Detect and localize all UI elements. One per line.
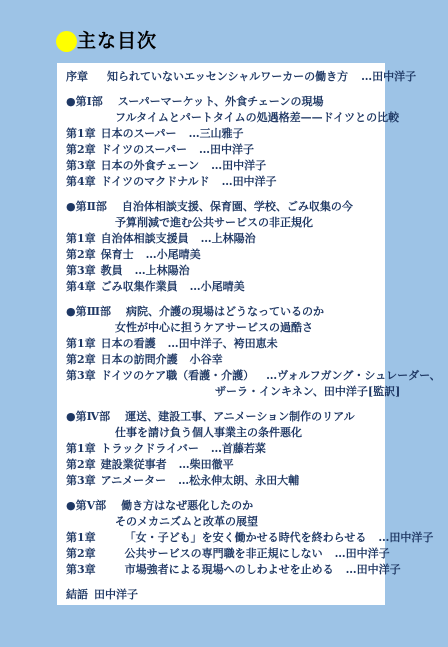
- chapter-author: …田中洋子: [211, 159, 266, 172]
- part-5-section: ●第Ⅴ部働き方はなぜ悪化したのか そのメカニズムと改革の展望 第1章「女・子ども…: [66, 498, 385, 578]
- chapter-title: 教員: [101, 264, 123, 277]
- part-title: 病院、介護の現場はどうなっているのか: [126, 305, 324, 318]
- chapter-title: 日本のスーパー: [101, 127, 177, 140]
- chapter-label: 第2章: [66, 547, 96, 560]
- part-title: 働き方はなぜ悪化したのか: [121, 499, 253, 512]
- part-2-section: ●第Ⅱ部自治体相談支援、保育園、学校、ごみ収集の今 予算削減で進む公共サービスの…: [66, 199, 385, 295]
- chapter-row: 第3章教員…上林陽治: [66, 263, 385, 279]
- part-4-subtitle-row: 仕事を請け負う個人事業主の条件悪化: [66, 425, 385, 441]
- chapter-title: アニメーター: [101, 474, 166, 487]
- page-title-row: 主な目次: [56, 31, 157, 52]
- chapter-label: 第1章: [66, 442, 96, 455]
- preface-author: …田中洋子: [361, 70, 416, 83]
- part-5-heading-row: ●第Ⅴ部働き方はなぜ悪化したのか: [66, 498, 385, 514]
- part-5-subtitle-row: そのメカニズムと改革の展望: [66, 514, 385, 530]
- chapter-author: …小尾晴美: [146, 248, 201, 261]
- chapter-title: トラックドライバー: [101, 442, 199, 455]
- page-title: 主な目次: [77, 31, 157, 52]
- chapter-row: 第2章保育士…小尾晴美: [66, 247, 385, 263]
- chapter-author: …上林陽治: [201, 232, 256, 245]
- part-4-heading-row: ●第Ⅳ部運送、建設工事、アニメーション制作のリアル: [66, 409, 385, 425]
- chapter-row: 第2章公共サービスの専門職を非正規にしない…田中洋子: [66, 546, 385, 562]
- chapter-author: …田中洋子、袴田恵未: [168, 337, 278, 350]
- part-1-section: ●第Ⅰ部スーパーマーケット、外食チェーンの現場 フルタイムとパートタイムの処遇格…: [66, 94, 385, 190]
- part-label: ●第Ⅴ部: [66, 499, 106, 512]
- part-label: ●第Ⅰ部: [66, 95, 103, 108]
- chapter-row: 第2章建設業従事者…柴田徹平: [66, 457, 385, 473]
- chapter-author: …ヴォルフガング・シュレーダー、: [266, 369, 441, 382]
- chapter-label: 第3章: [66, 369, 96, 382]
- closing-label: 結語: [66, 588, 88, 601]
- preface-label: 序章: [66, 70, 88, 83]
- part-title: 運送、建設工事、アニメーション制作のリアル: [125, 410, 355, 423]
- chapter-title: ドイツのスーパー: [101, 143, 187, 156]
- chapter-title: ごみ収集作業員: [101, 280, 178, 293]
- chapter-author: …田中洋子: [378, 531, 433, 544]
- chapter-row: 第3章市場強者による現場へのしわよせを止める…田中洋子: [66, 562, 385, 578]
- chapter-label: 第4章: [66, 280, 96, 293]
- part-3-subtitle-row: 女性が中心に担うケアサービスの過酷さ: [66, 320, 385, 336]
- part-1-heading-row: ●第Ⅰ部スーパーマーケット、外食チェーンの現場: [66, 94, 385, 110]
- chapter-author: …田中洋子: [335, 547, 390, 560]
- chapter-label: 第4章: [66, 175, 96, 188]
- chapter-label: 第1章: [66, 531, 96, 544]
- chapter-title: 日本の看護: [101, 337, 156, 350]
- chapter-row: 第4章ごみ収集作業員…小尾晴美: [66, 279, 385, 295]
- chapter-row: 第1章日本の看護…田中洋子、袴田恵未: [66, 336, 385, 352]
- chapter-label: 第3章: [66, 563, 96, 576]
- part-label: ●第Ⅳ部: [66, 410, 110, 423]
- chapter-label: 第3章: [66, 474, 96, 487]
- chapter-row: 第2章ドイツのスーパー…田中洋子: [66, 142, 385, 158]
- chapter-row: 第1章トラックドライバー…首藤若菜: [66, 441, 385, 457]
- chapter-author: …田中洋子: [346, 563, 401, 576]
- chapter-label: 第2章: [66, 248, 96, 261]
- chapter-title: ドイツのケア職（看護・介護）: [101, 369, 254, 382]
- chapter-author: …田中洋子: [199, 143, 254, 156]
- chapter-title: 日本の訪問介護: [101, 353, 178, 366]
- chapter-title: 「女・子ども」を安く働かせる時代を終わらせる: [125, 531, 367, 544]
- chapter-row: 第3章アニメーター…松永伸太朗、永田大輔: [66, 473, 385, 489]
- chapter-row: 第1章日本のスーパー…三山雅子: [66, 126, 385, 142]
- chapter-author-continuation: ザーラ・インキネン、田中洋子[監訳]: [66, 384, 385, 400]
- chapter-title: 公共サービスの専門職を非正規にしない: [125, 547, 323, 560]
- chapter-row: 第3章日本の外食チェーン…田中洋子: [66, 158, 385, 174]
- chapter-author: 小谷幸: [190, 353, 223, 366]
- part-2-heading-row: ●第Ⅱ部自治体相談支援、保育園、学校、ごみ収集の今: [66, 199, 385, 215]
- part-2-subtitle-row: 予算削減で進む公共サービスの非正規化: [66, 215, 385, 231]
- part-title: スーパーマーケット、外食チェーンの現場: [118, 95, 324, 108]
- chapter-author: …小尾晴美: [190, 280, 245, 293]
- closing-row: 結語田中洋子: [66, 587, 385, 603]
- chapter-label: 第1章: [66, 232, 96, 245]
- part-label: ●第Ⅱ部: [66, 200, 107, 213]
- chapter-author: …田中洋子: [222, 175, 277, 188]
- chapter-author: …松永伸太朗、永田大輔: [178, 474, 299, 487]
- chapter-title: 保育士: [101, 248, 134, 261]
- chapter-label: 第1章: [66, 127, 96, 140]
- chapter-label: 第1章: [66, 337, 96, 350]
- chapter-author: …柴田徹平: [179, 458, 234, 471]
- part-title: 自治体相談支援、保育園、学校、ごみ収集の今: [122, 200, 353, 213]
- chapter-label: 第3章: [66, 264, 96, 277]
- yellow-circle-icon: [56, 31, 77, 52]
- preface-title: 知られていないエッセンシャルワーカーの働き方: [107, 70, 348, 83]
- chapter-row: 第4章ドイツのマクドナルド…田中洋子: [66, 174, 385, 190]
- chapter-row: 第2章日本の訪問介護小谷幸: [66, 352, 385, 368]
- chapter-title: 市場強者による現場へのしわよせを止める: [125, 563, 334, 576]
- chapter-label: 第2章: [66, 143, 96, 156]
- chapter-label: 第3章: [66, 159, 96, 172]
- chapter-title: 日本の外食チェーン: [101, 159, 199, 172]
- chapter-label: 第2章: [66, 353, 96, 366]
- chapter-label: 第2章: [66, 458, 96, 471]
- chapter-author: …上林陽治: [135, 264, 190, 277]
- chapter-title: ドイツのマクドナルド: [101, 175, 210, 188]
- chapter-title: 建設業従事者: [101, 458, 167, 471]
- part-3-heading-row: ●第Ⅲ部病院、介護の現場はどうなっているのか: [66, 304, 385, 320]
- toc-panel: 序章知られていないエッセンシャルワーカーの働き方…田中洋子 ●第Ⅰ部スーパーマー…: [57, 63, 385, 605]
- part-4-section: ●第Ⅳ部運送、建設工事、アニメーション制作のリアル 仕事を請け負う個人事業主の条…: [66, 409, 385, 489]
- chapter-title: 自治体相談支援員: [101, 232, 189, 245]
- chapter-author: …三山雅子: [189, 127, 244, 140]
- part-label: ●第Ⅲ部: [66, 305, 111, 318]
- preface-row: 序章知られていないエッセンシャルワーカーの働き方…田中洋子: [66, 69, 385, 85]
- closing-author: 田中洋子: [94, 588, 138, 601]
- chapter-row: 第1章「女・子ども」を安く働かせる時代を終わらせる…田中洋子: [66, 530, 385, 546]
- part-1-subtitle-row: フルタイムとパートタイムの処遇格差——ドイツとの比較: [66, 110, 385, 126]
- chapter-author: …首藤若菜: [211, 442, 266, 455]
- part-3-section: ●第Ⅲ部病院、介護の現場はどうなっているのか 女性が中心に担うケアサービスの過酷…: [66, 304, 385, 400]
- chapter-row: 第3章ドイツのケア職（看護・介護）…ヴォルフガング・シュレーダー、: [66, 368, 385, 384]
- chapter-row: 第1章自治体相談支援員…上林陽治: [66, 231, 385, 247]
